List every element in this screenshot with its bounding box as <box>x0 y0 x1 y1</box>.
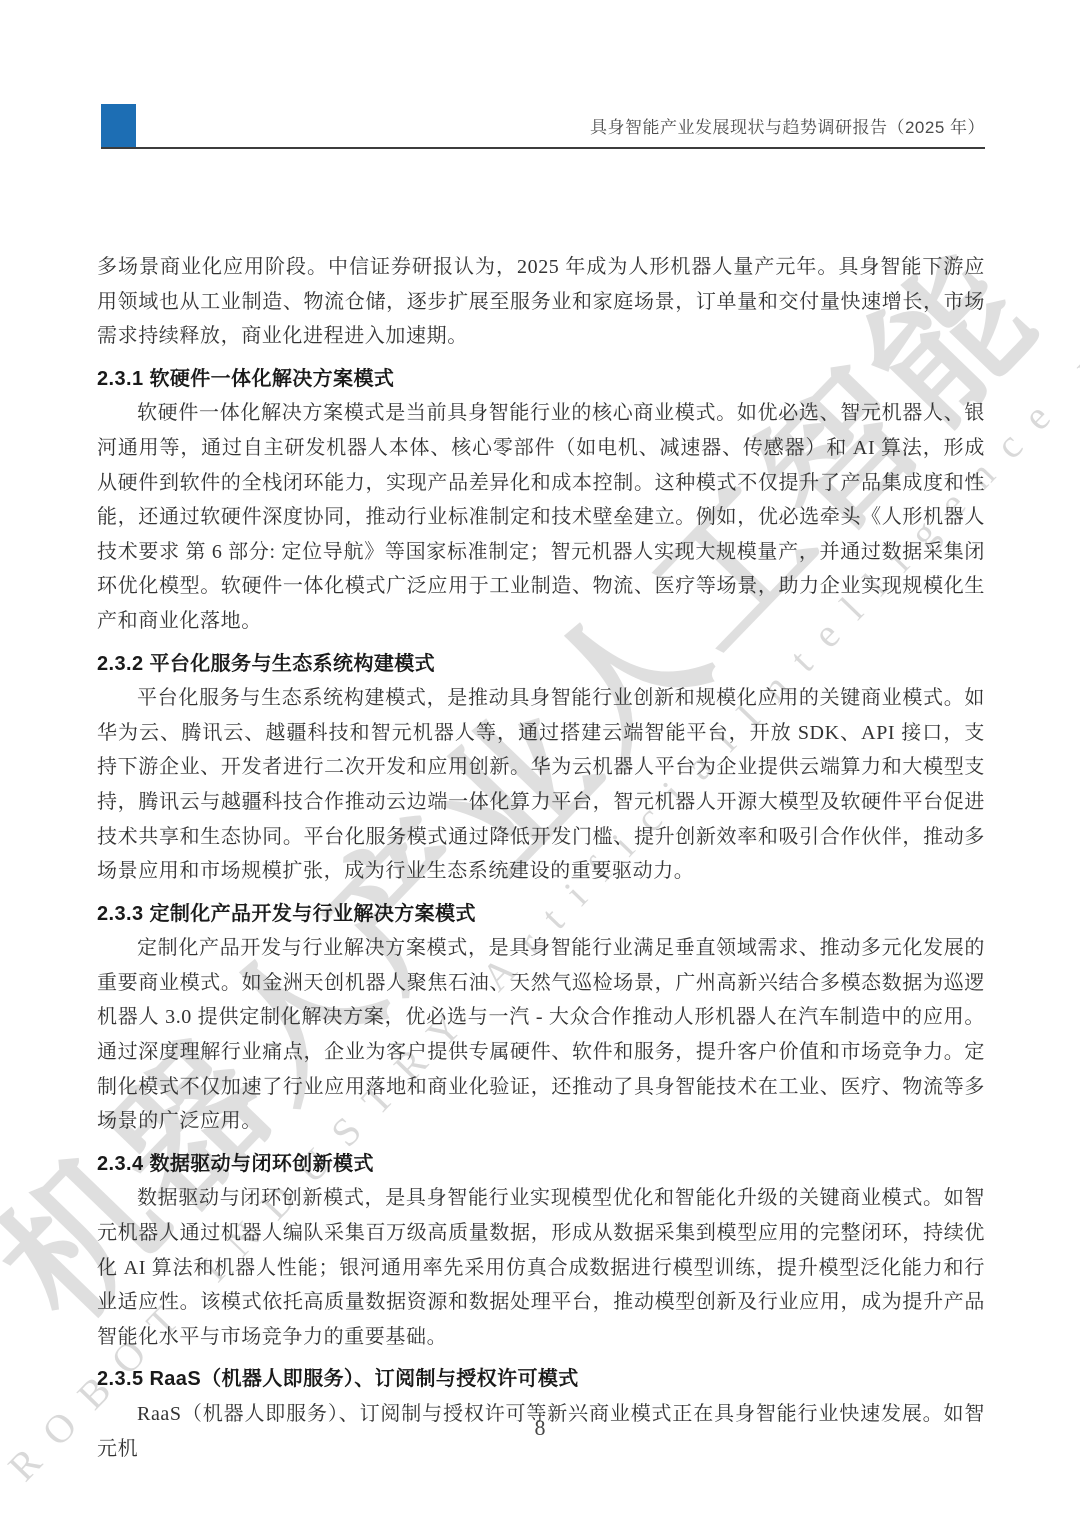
report-page: 机器人产业人工智能 ROBOT INDUSTRY ArtificialIntel… <box>0 0 1080 1527</box>
document-body: 多场景商业化应用阶段。中信证券研报认为，2025 年成为人形机器人量产元年。具身… <box>97 250 985 1466</box>
section-heading-2-3-2: 2.3.2 平台化服务与生态系统构建模式 <box>97 647 985 682</box>
section-heading-2-3-5: 2.3.5 RaaS（机器人即服务）、订阅制与授权许可模式 <box>97 1362 985 1397</box>
section-paragraph-2-3-4: 数据驱动与闭环创新模式，是具身智能行业实现模型优化和智能化升级的关键商业模式。如… <box>97 1181 985 1354</box>
blue-accent-block <box>101 104 136 149</box>
intro-paragraph: 多场景商业化应用阶段。中信证券研报认为，2025 年成为人形机器人量产元年。具身… <box>97 250 985 354</box>
header-divider <box>101 147 985 149</box>
section-paragraph-2-3-3: 定制化产品开发与行业解决方案模式，是具身智能行业满足垂直领域需求、推动多元化发展… <box>97 931 985 1139</box>
section-heading-2-3-3: 2.3.3 定制化产品开发与行业解决方案模式 <box>97 897 985 932</box>
page-footer: 8 <box>0 1415 1080 1441</box>
section-heading-2-3-4: 2.3.4 数据驱动与闭环创新模式 <box>97 1147 985 1182</box>
section-paragraph-2-3-1: 软硬件一体化解决方案模式是当前具身智能行业的核心商业模式。如优必选、智元机器人、… <box>97 396 985 638</box>
page-number: 8 <box>535 1415 546 1440</box>
section-heading-2-3-1: 2.3.1 软硬件一体化解决方案模式 <box>97 362 985 397</box>
report-title: 具身智能产业发展现状与趋势调研报告（2025 年） <box>590 113 985 138</box>
section-paragraph-2-3-2: 平台化服务与生态系统构建模式，是推动具身智能行业创新和规模化应用的关键商业模式。… <box>97 681 985 889</box>
